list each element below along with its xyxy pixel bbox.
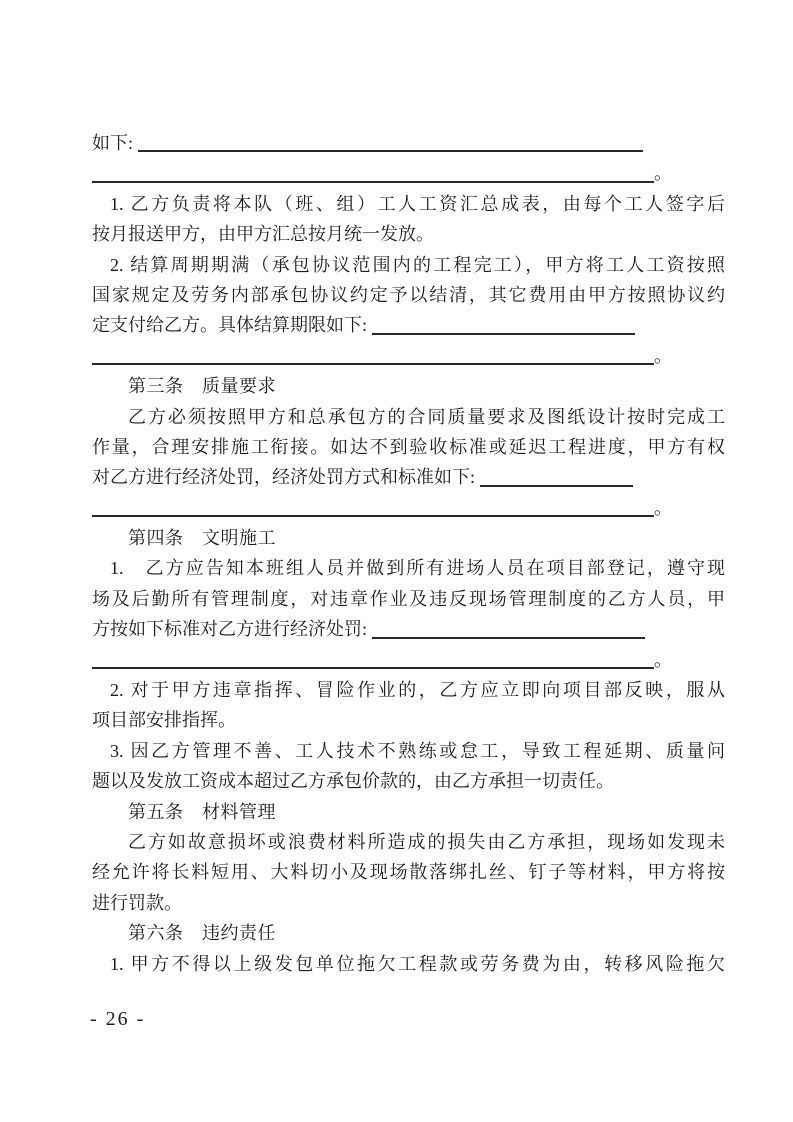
text-line: 作量，合理安排施工衔接。如达不到验收标准或延迟工程进度，甲方有权 — [92, 432, 725, 462]
form-blank-line: 对乙方进行经济处罚，经济处罚方式和标准如下: — [92, 462, 633, 492]
line-text: 第六条 违约责任 — [128, 923, 276, 943]
text-line: 题以及发放工资成本超过乙方承包价款的，由乙方承担一切责任。 — [92, 766, 725, 796]
line-text: 国家规定及劳务内部承包协议约定予以结清，其它费用由甲方按照协议约 — [92, 285, 725, 305]
form-blank-line: 。 — [92, 493, 725, 523]
form-blank-line: 定支付给乙方。具体结算期限如下: — [92, 310, 635, 340]
line-text: 对乙方进行经济处罚，经济处罚方式和标准如下: — [92, 462, 480, 492]
text-line: 2. 对于甲方违章指挥、冒险作业的，乙方应立即向项目部反映，服从 — [92, 675, 725, 705]
line-text: 按月报送甲方，由甲方汇总按月统一发放。 — [92, 224, 434, 244]
blank-underline — [138, 150, 643, 152]
form-blank-line: 如下: — [92, 128, 643, 158]
line-text: 3. 因乙方管理不善、工人技术不熟练或怠工，导致工程延期、质量问 — [110, 741, 725, 761]
line-text: 题以及发放工资成本超过乙方承包价款的，由乙方承担一切责任。 — [92, 771, 614, 791]
text-line: 项目部安排指挥。 — [92, 705, 725, 735]
text-line: 按月报送甲方，由甲方汇总按月统一发放。 — [92, 219, 725, 249]
line-text: 方按如下标准对乙方进行经济处罚: — [92, 614, 372, 644]
line-text: 1. 甲方不得以上级发包单位拖欠工程款或劳务费为由，转移风险拖欠 — [110, 954, 725, 974]
form-blank-line: 方按如下标准对乙方进行经济处罚: — [92, 614, 645, 644]
blank-underline — [372, 637, 646, 639]
period-after-blank: 。 — [654, 341, 672, 371]
contract-page: 如下: 。1. 乙方负责将本队（班、组）工人工资汇总成表，由每个工人签字后按月报… — [0, 0, 793, 1122]
form-blank-line: 。 — [92, 341, 725, 371]
line-text: 第四条 文明施工 — [128, 528, 276, 548]
text-line: 场及后勤所有管理制度，对违章作业及违反现场管理制度的乙方人员，甲 — [92, 584, 725, 614]
blank-underline — [372, 333, 636, 335]
period-after-blank: 。 — [654, 158, 672, 188]
form-blank-line: 。 — [92, 158, 725, 188]
period-after-blank: 。 — [654, 645, 672, 675]
line-text: 乙方必须按照甲方和总承包方的合同质量要求及图纸设计按时完成工 — [128, 407, 725, 427]
text-line: 乙方必须按照甲方和总承包方的合同质量要求及图纸设计按时完成工 — [92, 402, 725, 432]
line-text: 2. 对于甲方违章指挥、冒险作业的，乙方应立即向项目部反映，服从 — [110, 680, 725, 700]
section-heading: 第三条 质量要求 — [92, 371, 725, 401]
text-line: 2. 结算周期期满（承包协议范围内的工程完工），甲方将工人工资按照 — [92, 250, 725, 280]
period-after-blank: 。 — [654, 493, 672, 523]
blank-underline — [92, 667, 654, 669]
text-line: 经允许将长料短用、大料切小及现场散落绑扎丝、钉子等材料，甲方将按 — [92, 857, 725, 887]
section-heading: 第五条 材料管理 — [92, 797, 725, 827]
line-text: 项目部安排指挥。 — [92, 710, 236, 730]
blank-underline — [92, 515, 654, 517]
text-line: 进行罚款。 — [92, 888, 725, 918]
line-text: 1. 乙方应告知本班组人员并做到所有进场人员在项目部登记，遵守现 — [110, 558, 725, 578]
text-line: 国家规定及劳务内部承包协议约定予以结清，其它费用由甲方按照协议约 — [92, 280, 725, 310]
document-body: 如下: 。1. 乙方负责将本队（班、组）工人工资汇总成表，由每个工人签字后按月报… — [92, 128, 725, 979]
line-text: 进行罚款。 — [92, 893, 182, 913]
line-text: 1. 乙方负责将本队（班、组）工人工资汇总成表，由每个工人签字后 — [110, 194, 725, 214]
line-text: 场及后勤所有管理制度，对违章作业及违反现场管理制度的乙方人员，甲 — [92, 589, 725, 609]
form-blank-line: 。 — [92, 645, 725, 675]
line-text: 作量，合理安排施工衔接。如达不到验收标准或延迟工程进度，甲方有权 — [92, 437, 725, 457]
blank-underline — [480, 485, 634, 487]
text-line: 3. 因乙方管理不善、工人技术不熟练或怠工，导致工程延期、质量问 — [92, 736, 725, 766]
line-text: 2. 结算周期期满（承包协议范围内的工程完工），甲方将工人工资按照 — [110, 255, 725, 275]
page-number: - 26 - — [90, 1008, 145, 1031]
blank-underline — [92, 363, 654, 365]
line-text: 经允许将长料短用、大料切小及现场散落绑扎丝、钉子等材料，甲方将按 — [92, 862, 725, 882]
line-text: 乙方如故意损坏或浪费材料所造成的损失由乙方承担，现场如发现未 — [128, 832, 725, 852]
text-line: 乙方如故意损坏或浪费材料所造成的损失由乙方承担，现场如发现未 — [92, 827, 725, 857]
blank-underline — [92, 181, 654, 183]
text-line: 1. 乙方负责将本队（班、组）工人工资汇总成表，由每个工人签字后 — [92, 189, 725, 219]
line-text: 第三条 质量要求 — [128, 376, 276, 396]
line-text: 第五条 材料管理 — [128, 802, 276, 822]
line-text: 定支付给乙方。具体结算期限如下: — [92, 310, 372, 340]
line-text: 如下: — [92, 128, 138, 158]
section-heading: 第六条 违约责任 — [92, 918, 725, 948]
text-line: 1. 甲方不得以上级发包单位拖欠工程款或劳务费为由，转移风险拖欠 — [92, 949, 725, 979]
section-heading: 第四条 文明施工 — [92, 523, 725, 553]
text-line: 1. 乙方应告知本班组人员并做到所有进场人员在项目部登记，遵守现 — [92, 553, 725, 583]
